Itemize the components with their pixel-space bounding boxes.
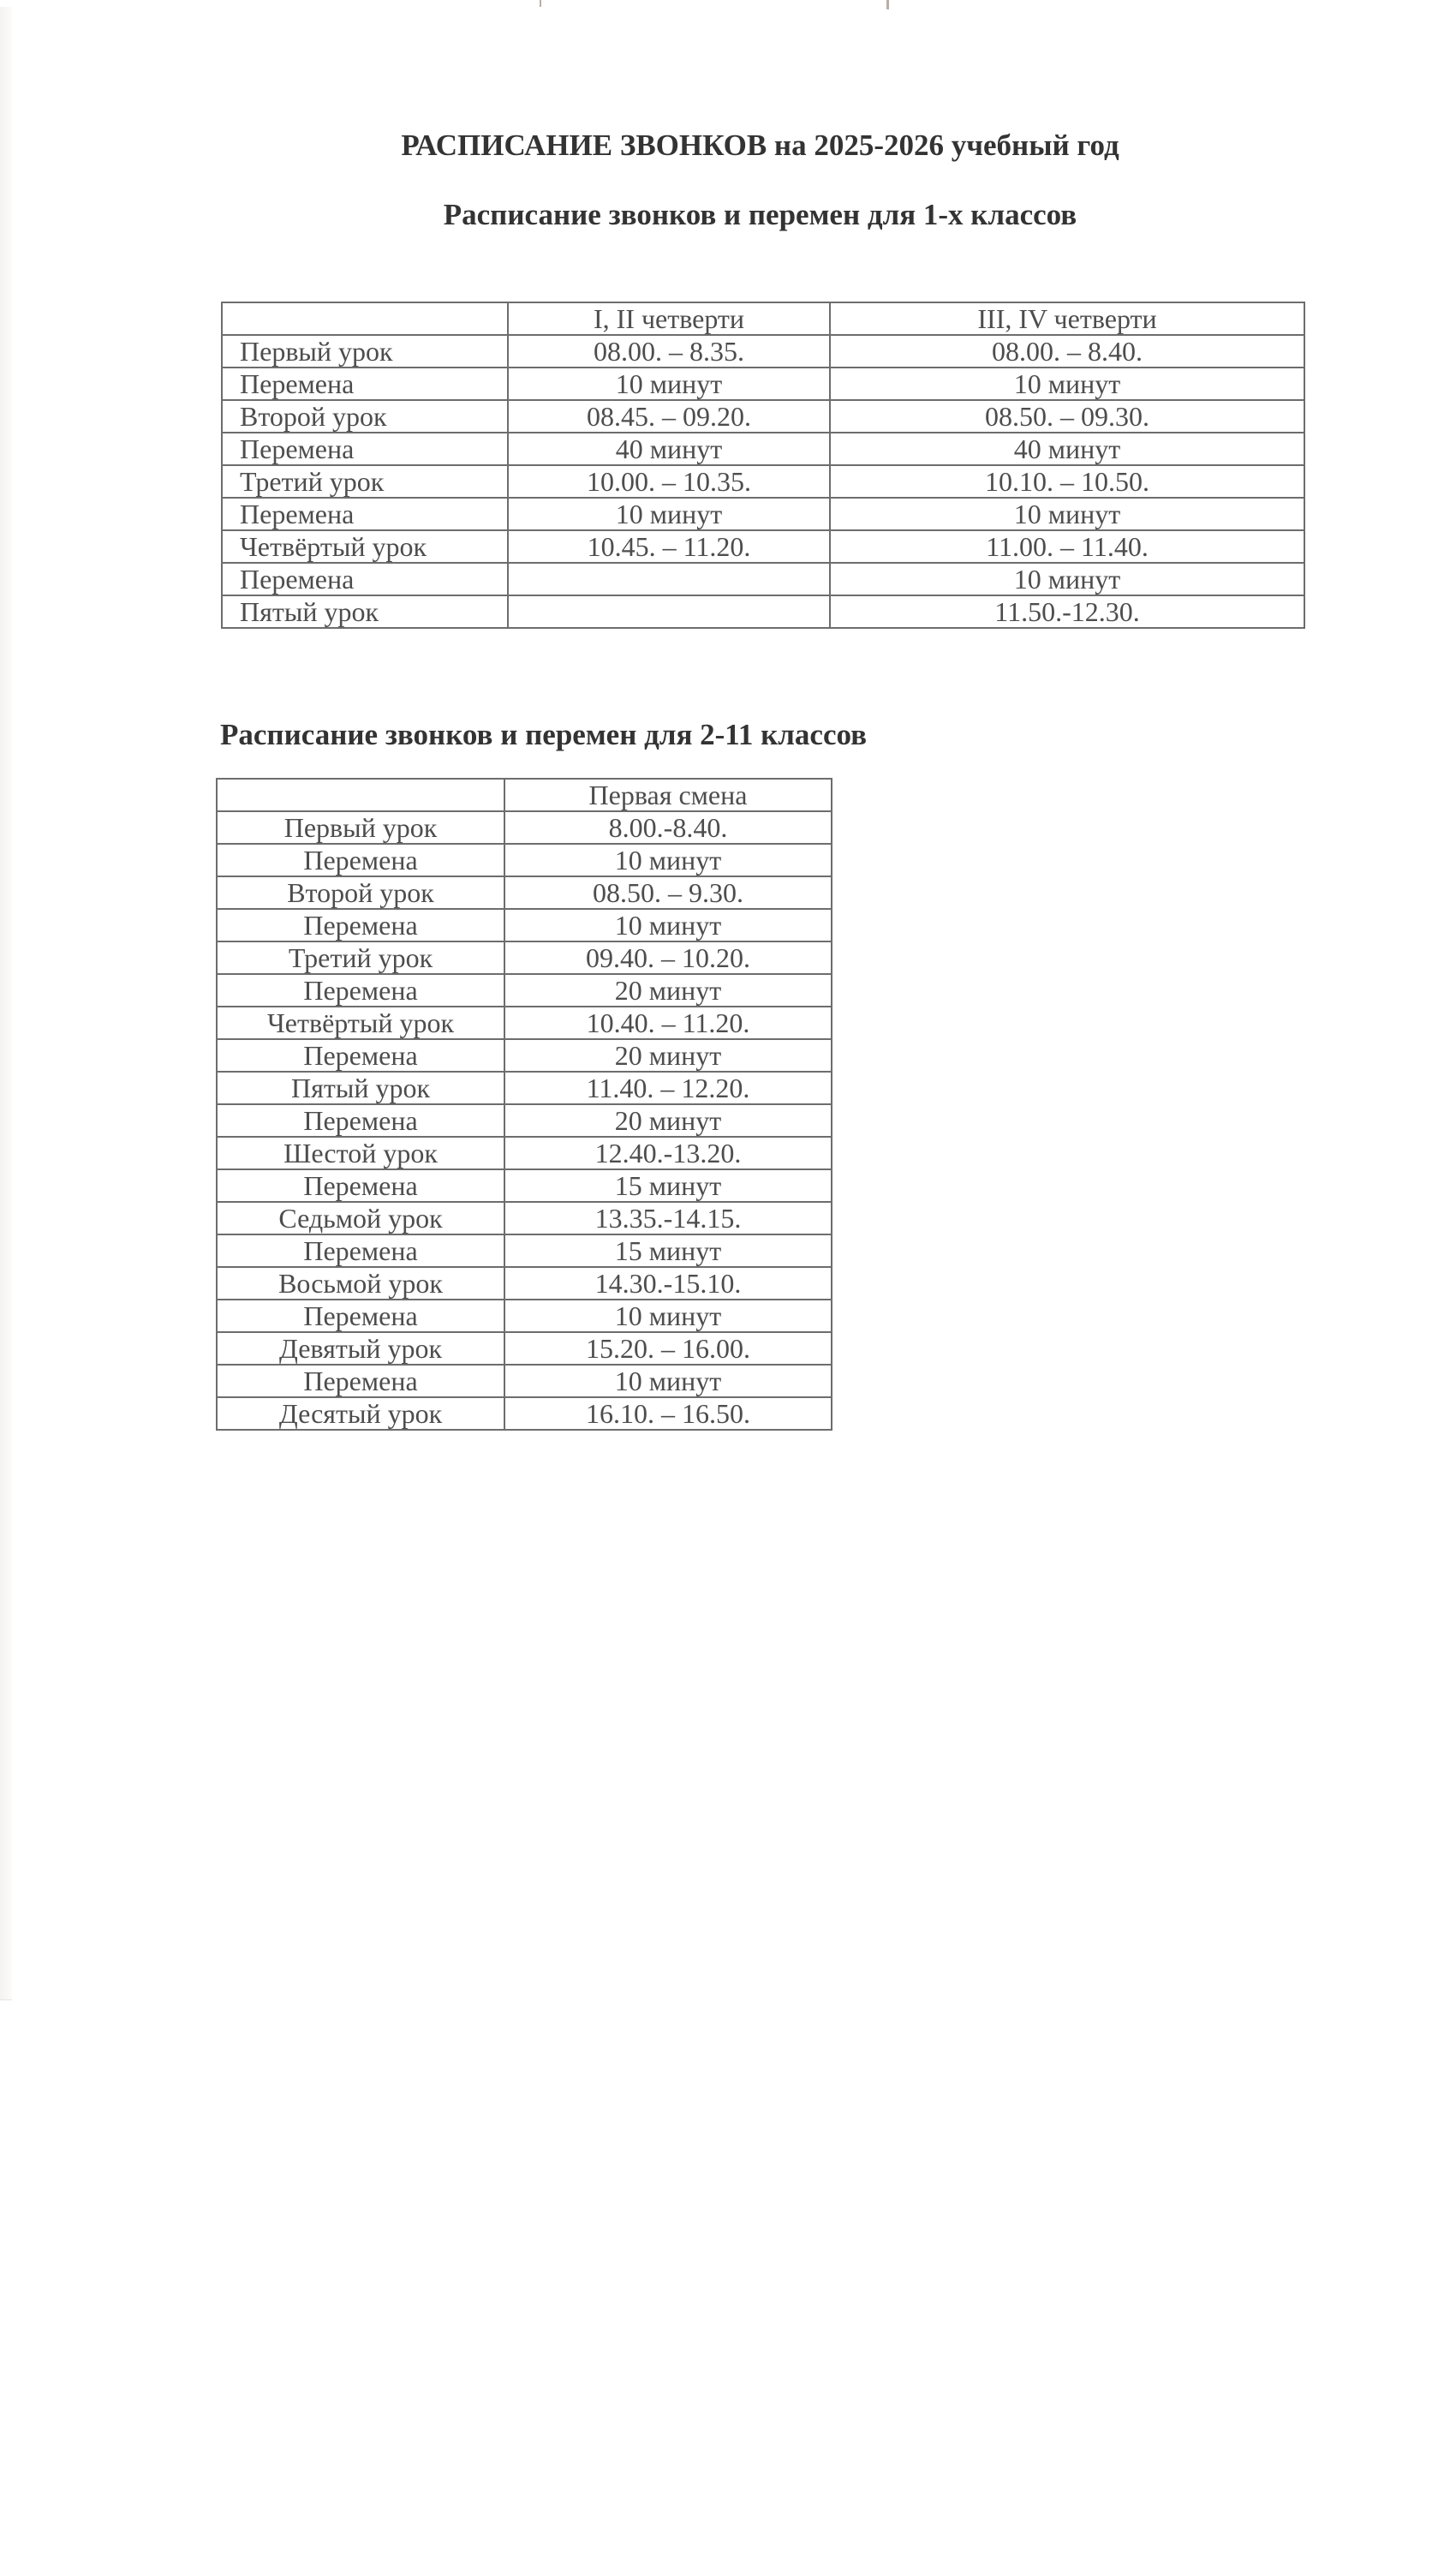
table-row: Перемена10 минут10 минут: [222, 368, 1304, 400]
period-label: Перемена: [217, 909, 504, 941]
period-label: Девятый урок: [217, 1332, 504, 1365]
period-label: Второй урок: [217, 876, 504, 909]
table-row: Перемена10 минут: [217, 1365, 832, 1397]
table-row: Перемена20 минут: [217, 974, 832, 1007]
table-row: Третий урок09.40. – 10.20.: [217, 941, 832, 974]
time-cell: 10 минут: [504, 1300, 832, 1332]
period-label: Первый урок: [217, 811, 504, 844]
period-label: Четвёртый урок: [217, 1007, 504, 1039]
time-cell: 15 минут: [504, 1234, 832, 1267]
table-row: Седьмой урок13.35.-14.15.: [217, 1202, 832, 1234]
time-cell: 10.40. – 11.20.: [504, 1007, 832, 1039]
header-cell: I, II четверти: [508, 302, 830, 335]
time-cell: 10 минут: [508, 368, 830, 400]
time-cell: 40 минут: [508, 433, 830, 465]
period-label: Второй урок: [222, 400, 508, 433]
header-cell: Первая смена: [504, 779, 832, 811]
time-cell: 15 минут: [504, 1169, 832, 1202]
period-label: Перемена: [217, 1104, 504, 1137]
time-cell: 08.00. – 8.35.: [508, 335, 830, 368]
period-label: Десятый урок: [217, 1397, 504, 1430]
time-cell: 10 минут: [830, 368, 1304, 400]
header-cell-empty: [222, 302, 508, 335]
table-row: Четвёртый урок10.40. – 11.20.: [217, 1007, 832, 1039]
time-cell: 08.45. – 09.20.: [508, 400, 830, 433]
time-cell: 10.45. – 11.20.: [508, 530, 830, 563]
period-label: Третий урок: [222, 465, 508, 498]
time-cell: 10 минут: [830, 563, 1304, 595]
period-label: Четвёртый урок: [222, 530, 508, 563]
period-label: Восьмой урок: [217, 1267, 504, 1300]
period-label: Шестой урок: [217, 1137, 504, 1169]
time-cell: 14.30.-15.10.: [504, 1267, 832, 1300]
document-title: РАСПИСАНИЕ ЗВОНКОВ на 2025-2026 учебный …: [0, 128, 1456, 163]
period-label: Перемена: [217, 844, 504, 876]
period-label: Перемена: [222, 433, 508, 465]
table-row: Перемена15 минут: [217, 1234, 832, 1267]
period-label: Перемена: [217, 1234, 504, 1267]
table-row: Перемена15 минут: [217, 1169, 832, 1202]
period-label: Перемена: [217, 1365, 504, 1397]
table-row: Перемена20 минут: [217, 1039, 832, 1072]
time-cell: 08.00. – 8.40.: [830, 335, 1304, 368]
header-cell-empty: [217, 779, 504, 811]
period-label: Третий урок: [217, 941, 504, 974]
period-label: Первый урок: [222, 335, 508, 368]
time-cell: 40 минут: [830, 433, 1304, 465]
table-row: Перемена20 минут: [217, 1104, 832, 1137]
period-label: Перемена: [222, 368, 508, 400]
table-row: Второй урок08.45. – 09.20.08.50. – 09.30…: [222, 400, 1304, 433]
table-row: Четвёртый урок10.45. – 11.20.11.00. – 11…: [222, 530, 1304, 563]
scan-edge: [0, 7, 12, 2000]
table-row: Пятый урок11.40. – 12.20.: [217, 1072, 832, 1104]
time-cell: 20 минут: [504, 1039, 832, 1072]
table-row: Перемена10 минут: [217, 844, 832, 876]
table-row: Перемена10 минут: [217, 909, 832, 941]
table-header-row: I, II четвертиIII, IV четверти: [222, 302, 1304, 335]
time-cell: 11.00. – 11.40.: [830, 530, 1304, 563]
period-label: Перемена: [217, 1169, 504, 1202]
table-row: Третий урок10.00. – 10.35.10.10. – 10.50…: [222, 465, 1304, 498]
time-cell: 10 минут: [504, 1365, 832, 1397]
table-row: Шестой урок12.40.-13.20.: [217, 1137, 832, 1169]
time-cell: 10 минут: [504, 844, 832, 876]
time-cell: 12.40.-13.20.: [504, 1137, 832, 1169]
time-cell: 20 минут: [504, 1104, 832, 1137]
time-cell: 8.00.-8.40.: [504, 811, 832, 844]
time-cell: [508, 563, 830, 595]
time-cell: [508, 595, 830, 628]
scan-mark: [886, 0, 889, 9]
schedule-table-grades-2-11: Первая сменаПервый урок8.00.-8.40.Переме…: [216, 778, 832, 1431]
section-heading-grade-1: Расписание звонков и перемен для 1-х кла…: [0, 198, 1456, 232]
table-row: Десятый урок16.10. – 16.50.: [217, 1397, 832, 1430]
time-cell: 10 минут: [830, 498, 1304, 530]
period-label: Перемена: [217, 1300, 504, 1332]
table-row: Первый урок08.00. – 8.35.08.00. – 8.40.: [222, 335, 1304, 368]
period-label: Перемена: [217, 974, 504, 1007]
period-label: Перемена: [222, 563, 508, 595]
table-row: Перемена10 минут10 минут: [222, 498, 1304, 530]
table-row: Восьмой урок14.30.-15.10.: [217, 1267, 832, 1300]
header-cell: III, IV четверти: [830, 302, 1304, 335]
period-label: Пятый урок: [217, 1072, 504, 1104]
table-row: Второй урок08.50. – 9.30.: [217, 876, 832, 909]
table-row: Перемена10 минут: [217, 1300, 832, 1332]
time-cell: 10.00. – 10.35.: [508, 465, 830, 498]
period-label: Пятый урок: [222, 595, 508, 628]
time-cell: 08.50. – 9.30.: [504, 876, 832, 909]
time-cell: 10.10. – 10.50.: [830, 465, 1304, 498]
period-label: Седьмой урок: [217, 1202, 504, 1234]
time-cell: 20 минут: [504, 974, 832, 1007]
table-row: Перемена40 минут40 минут: [222, 433, 1304, 465]
time-cell: 10 минут: [508, 498, 830, 530]
table-row: Первый урок8.00.-8.40.: [217, 811, 832, 844]
time-cell: 11.40. – 12.20.: [504, 1072, 832, 1104]
table-row: Перемена10 минут: [222, 563, 1304, 595]
time-cell: 13.35.-14.15.: [504, 1202, 832, 1234]
time-cell: 10 минут: [504, 909, 832, 941]
time-cell: 09.40. – 10.20.: [504, 941, 832, 974]
time-cell: 16.10. – 16.50.: [504, 1397, 832, 1430]
time-cell: 11.50.-12.30.: [830, 595, 1304, 628]
table-header-row: Первая смена: [217, 779, 832, 811]
schedule-table-grade-1: I, II четвертиIII, IV четвертиПервый уро…: [221, 302, 1305, 629]
table-row: Девятый урок15.20. – 16.00.: [217, 1332, 832, 1365]
time-cell: 15.20. – 16.00.: [504, 1332, 832, 1365]
period-label: Перемена: [217, 1039, 504, 1072]
time-cell: 08.50. – 09.30.: [830, 400, 1304, 433]
table-row: Пятый урок11.50.-12.30.: [222, 595, 1304, 628]
period-label: Перемена: [222, 498, 508, 530]
section-heading-grades-2-11: Расписание звонков и перемен для 2-11 кл…: [220, 718, 867, 752]
scan-mark: [540, 0, 541, 7]
